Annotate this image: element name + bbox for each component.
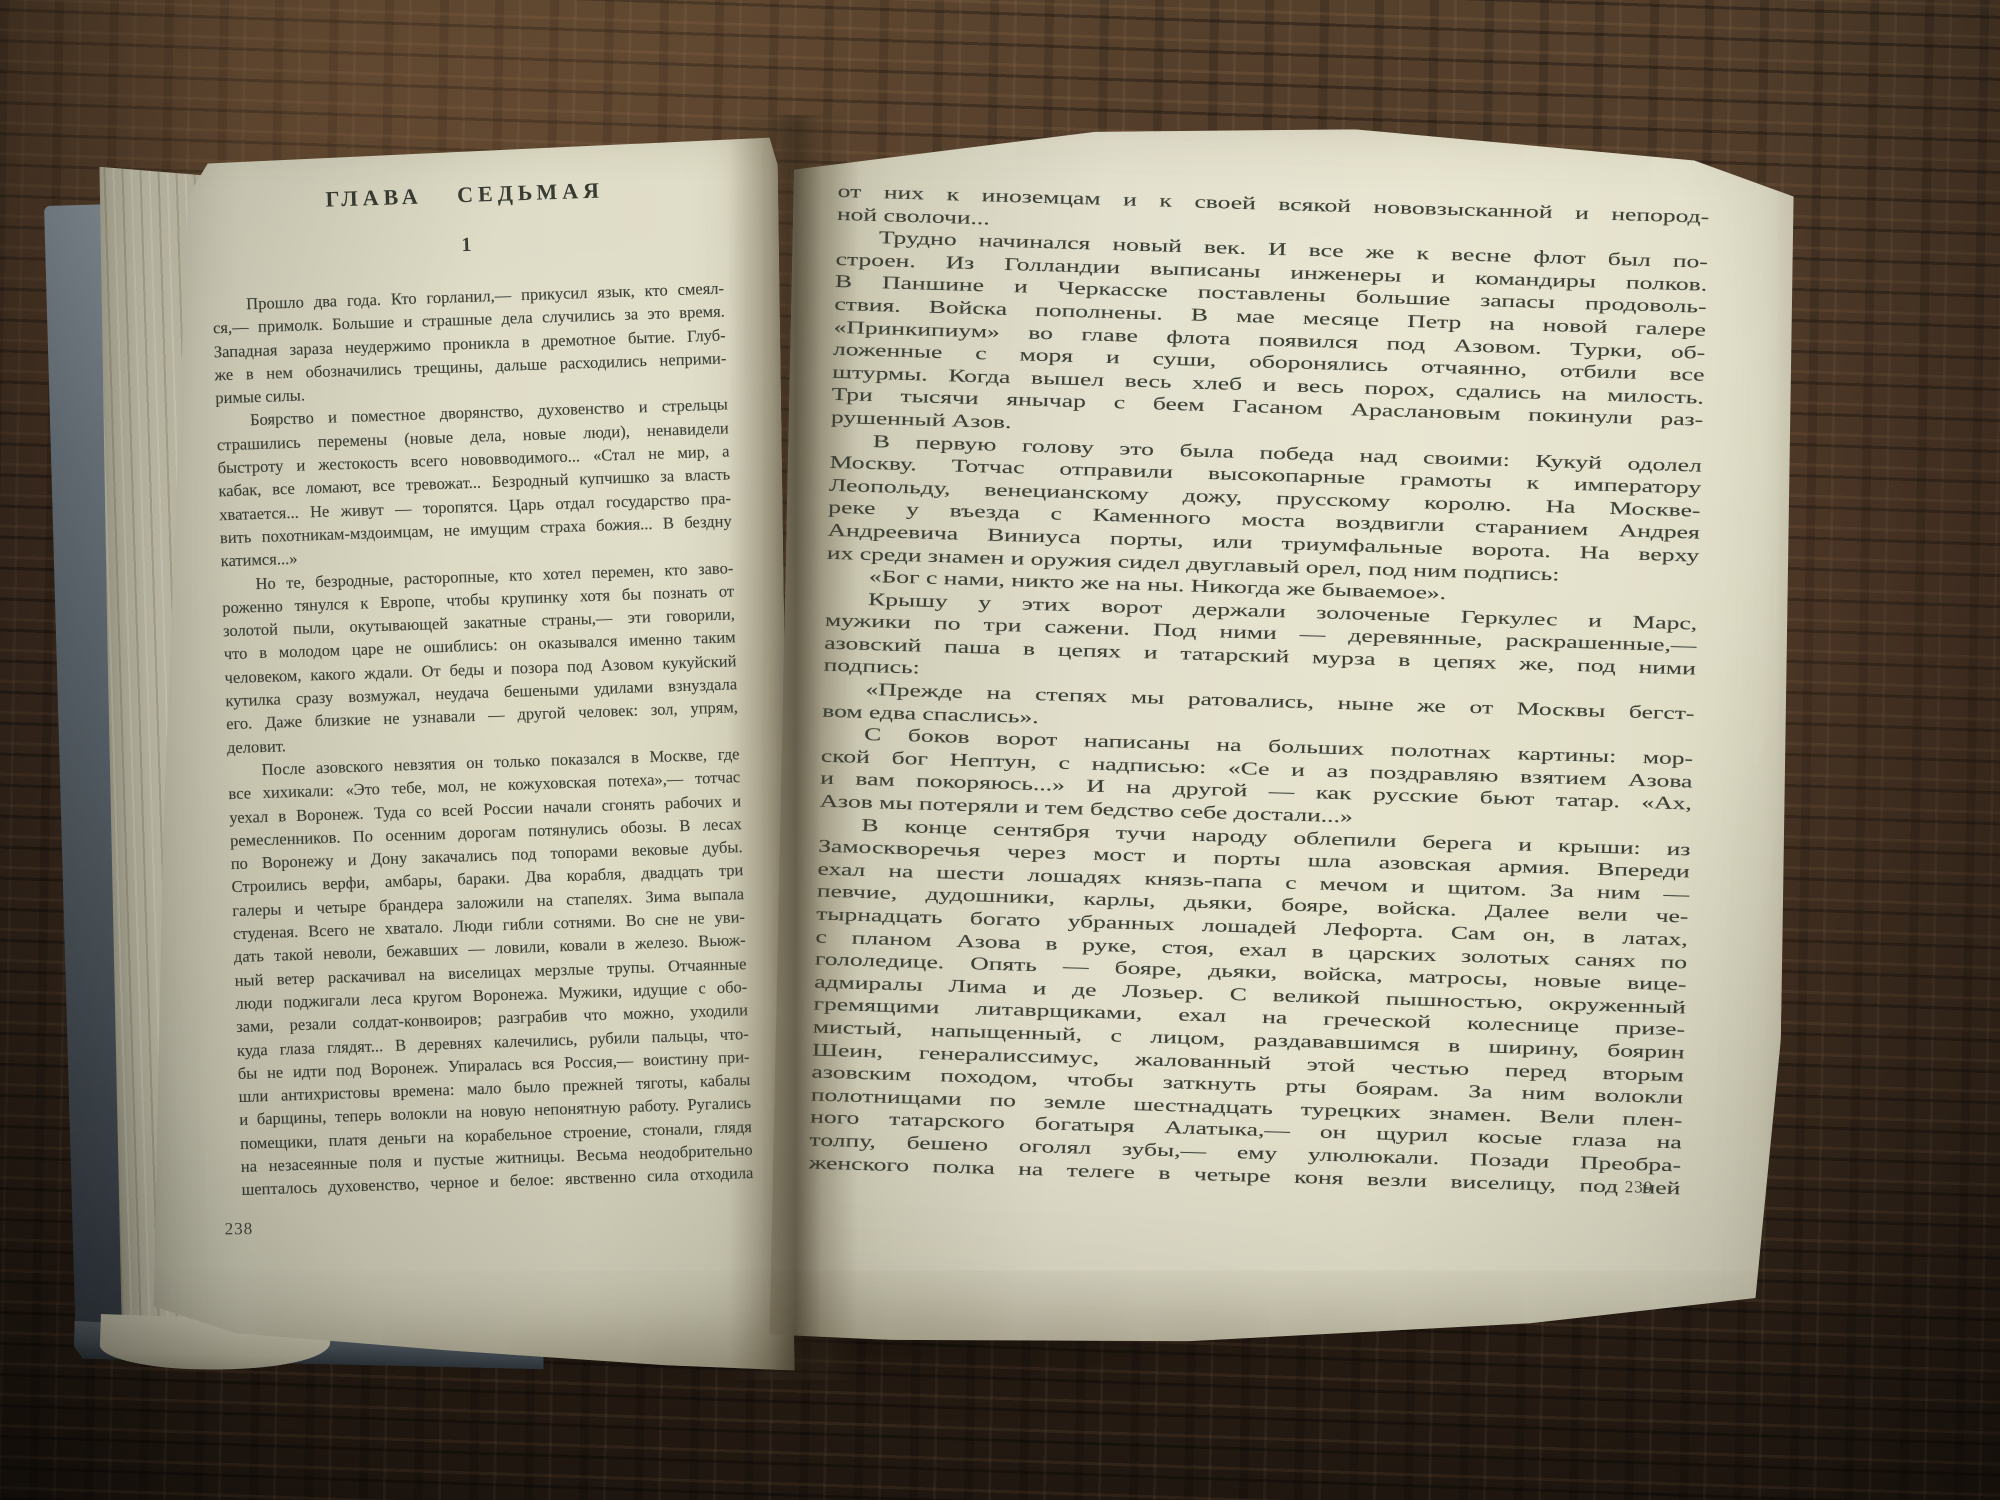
left-page-body: Прошло два года. Кто горланил,— прикусил…: [212, 276, 754, 1201]
page-number-left: 238: [224, 1219, 253, 1239]
right-page-text: от них к иноземцам и к своей всякой ново…: [809, 180, 1452, 1192]
right-page: от них к иноземцам и к своей всякой ново…: [769, 118, 1800, 1369]
section-number: 1: [210, 225, 722, 265]
right-page-body: от них к иноземцам и к своей всякой ново…: [809, 180, 1710, 1200]
left-page: ГЛАВА СЕДЬМАЯ 1 Прошло два года. Кто гор…: [129, 126, 794, 1380]
left-page-text: ГЛАВА СЕДЬМАЯ 1 Прошло два года. Кто гор…: [208, 174, 753, 1202]
book-gutter-shadow: [728, 115, 858, 1380]
chapter-title: ГЛАВА СЕДЬМАЯ: [208, 174, 721, 217]
page-number-right: 239: [1625, 1177, 1654, 1198]
